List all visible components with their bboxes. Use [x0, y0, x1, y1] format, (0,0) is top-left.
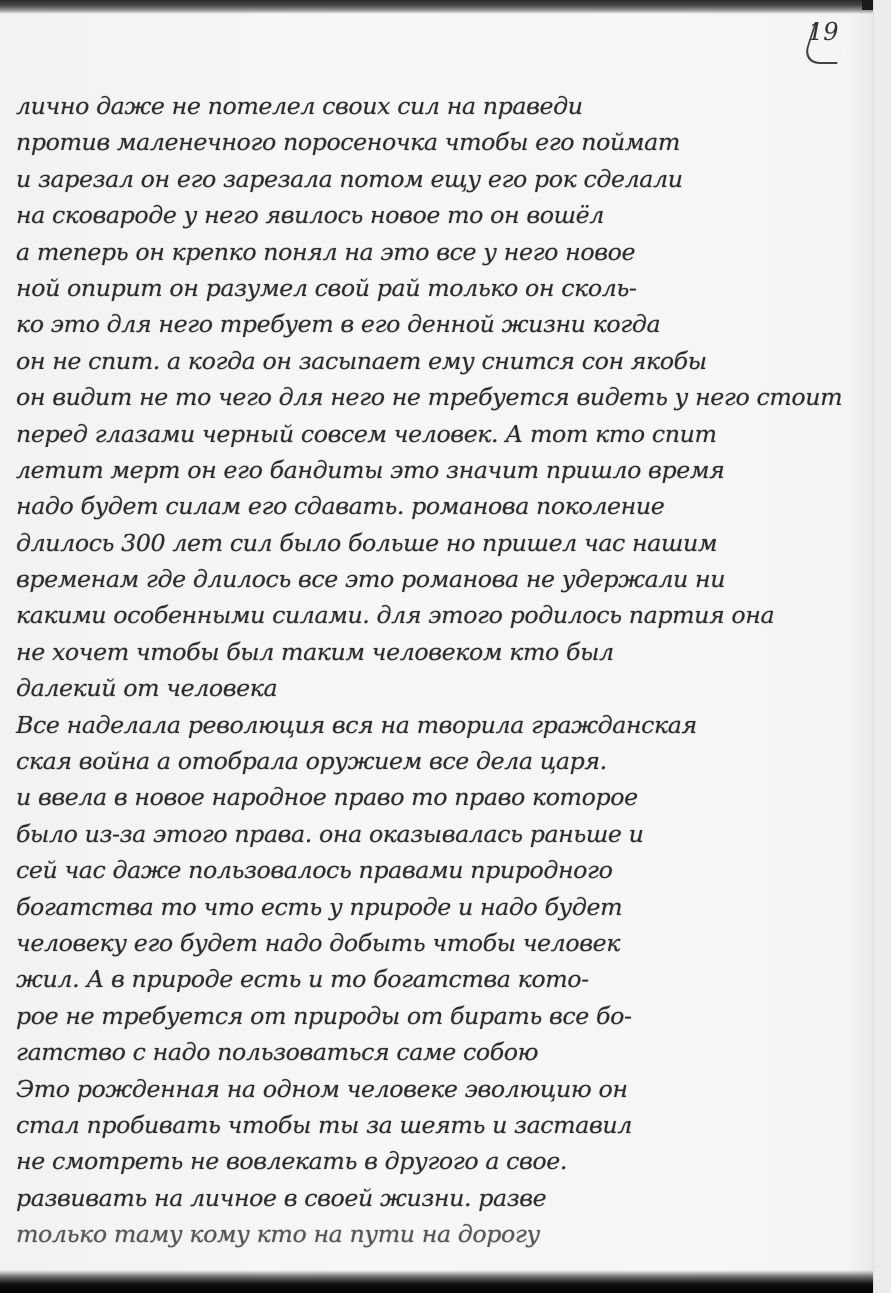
handwritten-line: гатство с надо пользоваться саме собою — [16, 1034, 866, 1070]
handwritten-line: временам где длилось все это романова не… — [16, 561, 866, 597]
handwritten-line: не хочет чтобы был таким человеком кто б… — [16, 634, 866, 670]
handwritten-line: развивать на личное в своей жизни. разве — [16, 1180, 866, 1216]
handwritten-line: Все наделала революция вся на творила гр… — [16, 707, 866, 743]
handwritten-line: он видит не то чего для него не требуетс… — [16, 379, 866, 415]
handwritten-line: а теперь он крепко понял на это все у не… — [16, 234, 866, 270]
handwritten-line: он не спит. а когда он засыпает ему снит… — [16, 343, 866, 379]
handwritten-line: богатства то что есть у природе и надо б… — [16, 889, 866, 925]
handwritten-line: не смотреть не вовлекать в другого а сво… — [16, 1143, 866, 1179]
handwritten-line: и зарезал он его зарезала потом ещу его … — [16, 161, 866, 197]
scan-right-margin — [873, 0, 891, 1293]
handwritten-line: далекий от человека — [16, 670, 866, 706]
handwritten-line: Это рожденная на одном человеке эволюцию… — [16, 1071, 866, 1107]
handwritten-line: человеку его будет надо добыть чтобы чел… — [16, 925, 866, 961]
handwritten-line: перед глазами черный совсем человек. А т… — [16, 416, 866, 452]
handwritten-line: надо будет силам его сдавать. романова п… — [16, 488, 866, 524]
manuscript-page: 19 лично даже не потелел своих сил на пр… — [0, 0, 891, 1293]
handwritten-line: стал пробивать чтобы ты за шеять и заста… — [16, 1107, 866, 1143]
handwritten-line: какими особенными силами. для этого роди… — [16, 597, 866, 633]
handwritten-line: было из-за этого права. она оказывалась … — [16, 816, 866, 852]
handwritten-line: рое не требуется от природы от бирать вс… — [16, 998, 866, 1034]
handwritten-line: на сковароде у него явилось новое то он … — [16, 197, 866, 233]
handwritten-line: сей час даже пользовалось правами природ… — [16, 852, 866, 888]
handwritten-line: жил. А в природе есть и то богатства кот… — [16, 961, 866, 997]
scan-bottom-edge — [0, 1270, 873, 1293]
scan-top-edge — [0, 0, 875, 14]
handwritten-line: против маленечного поросеночка чтобы его… — [16, 124, 866, 160]
handwritten-line: ной опирит он разумел свой рай только он… — [16, 270, 866, 306]
handwritten-line: и ввела в новое народное право то право … — [16, 779, 866, 815]
page-number: 19 — [808, 18, 839, 46]
handwritten-line: длилось 300 лет сил было больше но прише… — [16, 525, 866, 561]
handwritten-line: летит мерт он его бандиты это значит при… — [16, 452, 866, 488]
handwritten-text-body: лично даже не потелел своих сил на праве… — [16, 88, 866, 1253]
handwritten-line: ская война а отобрала оружием все дела ц… — [16, 743, 866, 779]
handwritten-line: лично даже не потелел своих сил на праве… — [16, 88, 866, 124]
handwritten-line: ко это для него требует в его денной жиз… — [16, 306, 866, 342]
handwritten-line: только таму кому кто на пути на дорогу — [16, 1216, 866, 1252]
